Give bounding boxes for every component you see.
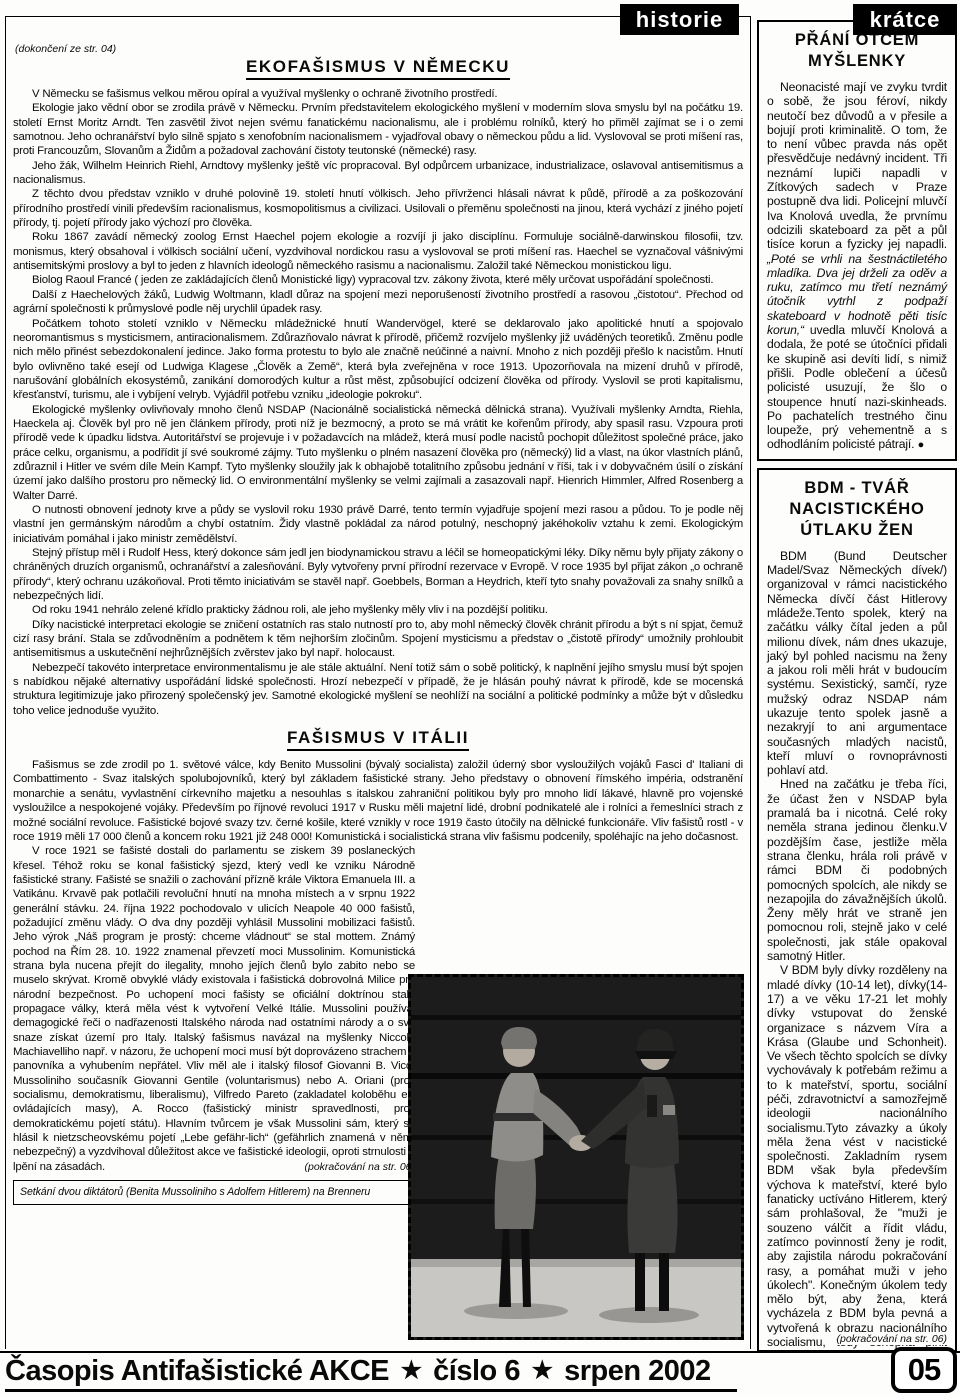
photo-caption: Setkání dvou diktátorů (Benita Mussolini… <box>13 1180 415 1205</box>
paragraph: V BDM byly dívky rozděleny na mladé dívk… <box>767 963 947 1351</box>
paragraph: O nutnosti obnovení jednoty krve a půdy … <box>13 503 743 546</box>
paragraph: Počátkem tohoto století vzniklo v Německ… <box>13 317 743 403</box>
paragraph: Od roku 1941 nehrálo zelené křídlo prakt… <box>13 603 743 617</box>
article-title-fascism-italy: FAŠISMUS V ITÁLII <box>13 728 743 751</box>
text-run: uvedla mluvčí Knolová a dodala, že poté … <box>767 323 947 451</box>
issue-number: číslo 6 <box>433 1355 520 1387</box>
paragraph: Stejný přístup měl i Rudolf Hess, který … <box>13 546 743 603</box>
photo-illustration <box>411 977 741 1337</box>
section-tab-kratce: krátce <box>853 4 957 35</box>
main-article-column: (dokončení ze str. 04) EKOFAŠISMUS V NĚM… <box>5 16 751 1349</box>
paragraph: Nebezpečí takovéto interpretace environm… <box>13 661 743 718</box>
sidebar-article-body: BDM (Bund Deutscher Madel/Svaz Německých… <box>767 549 947 1352</box>
article-title-text: FAŠISMUS V ITÁLII <box>287 728 469 751</box>
paragraph: V Německu se fašismus velkou měrou opíra… <box>13 87 743 101</box>
article-title-text: EKOFAŠISMUS V NĚMECKU <box>246 57 510 80</box>
paragraph-wrapping-photo: V roce 1921 se fašisté dostali do parlam… <box>13 844 415 1174</box>
page-number: 05 <box>895 1351 953 1389</box>
paragraph: Ekologie jako vědní obor se zrodila práv… <box>13 101 743 158</box>
paragraph: Z těchto dvou představ vzniklo v druhé p… <box>13 187 743 230</box>
paragraph: Neonacisté mají ve zvyku tvrdit o sobě, … <box>767 80 947 453</box>
article-title-ecofascism: EKOFAŠISMUS V NĚMECKU <box>13 57 743 80</box>
magazine-title: Časopis Antifašistické AKCE <box>5 1355 389 1387</box>
page-number-badge: 05 <box>891 1347 957 1393</box>
continuation-note-bdm: (pokračování na str. 06) <box>837 1333 948 1345</box>
sidebar-kratce-column: PŘÁNÍ OTCEM MYŠLENKY Neonacisté mají ve … <box>757 20 957 1352</box>
issue-date: srpen 2002 <box>564 1355 711 1387</box>
sidebar-article-wish: PŘÁNÍ OTCEM MYŠLENKY Neonacisté mají ve … <box>757 20 957 461</box>
page-footer: Časopis Antifašistické AKCE ★ číslo 6 ★ … <box>0 1351 960 1396</box>
star-icon: ★ <box>528 1357 557 1384</box>
paragraph: Biolog Raoul Francé ( jeden ze zakládají… <box>13 273 743 287</box>
article-body-germany: V Německu se fašismus velkou měrou opíra… <box>13 87 743 718</box>
paragraph: Díky nacistické interpretaci ekologie se… <box>13 618 743 661</box>
dictators-handshake-photo <box>408 974 744 1340</box>
magazine-wordmark: Časopis Antifašistické AKCE ★ číslo 6 ★ … <box>5 1353 737 1392</box>
paragraph: Roku 1867 zavádí německý zoolog Ernst Ha… <box>13 230 743 273</box>
paragraph: BDM (Bund Deutscher Madel/Svaz Německých… <box>767 549 947 778</box>
paragraph: Jeho žák, Wilhelm Heinrich Riehl, Arndto… <box>13 159 743 188</box>
continuation-from-note: (dokončení ze str. 04) <box>15 43 743 55</box>
text-run: Neonacisté mají ve zvyku tvrdit o sobě, … <box>767 80 947 251</box>
sidebar-article-bdm: BDM - TVÁŘ NACISTICKÉHO ÚTLAKU ŽEN BDM (… <box>757 468 957 1352</box>
paragraph: Fašismus se zde zrodil po 1. světové vál… <box>13 758 743 844</box>
sidebar-article-title: PŘÁNÍ OTCEM MYŠLENKY <box>767 30 947 72</box>
magazine-page: historie krátce (dokončení ze str. 04) E… <box>0 0 960 1396</box>
paragraph: Hned na začátku je třeba říci, že účast … <box>767 777 947 963</box>
paragraph: Další z Haechelových žáků, Ludwig Woltma… <box>13 288 743 317</box>
paragraph: Ekologické myšlenky ovlivňovaly mnoho čl… <box>13 403 743 503</box>
section-tab-historie: historie <box>620 4 739 35</box>
sidebar-article-body: Neonacisté mají ve zvyku tvrdit o sobě, … <box>767 80 947 453</box>
end-of-article-mark: ● <box>918 439 925 451</box>
sidebar-article-title: BDM - TVÁŘ NACISTICKÉHO ÚTLAKU ŽEN <box>767 478 947 541</box>
star-icon: ★ <box>397 1357 426 1384</box>
